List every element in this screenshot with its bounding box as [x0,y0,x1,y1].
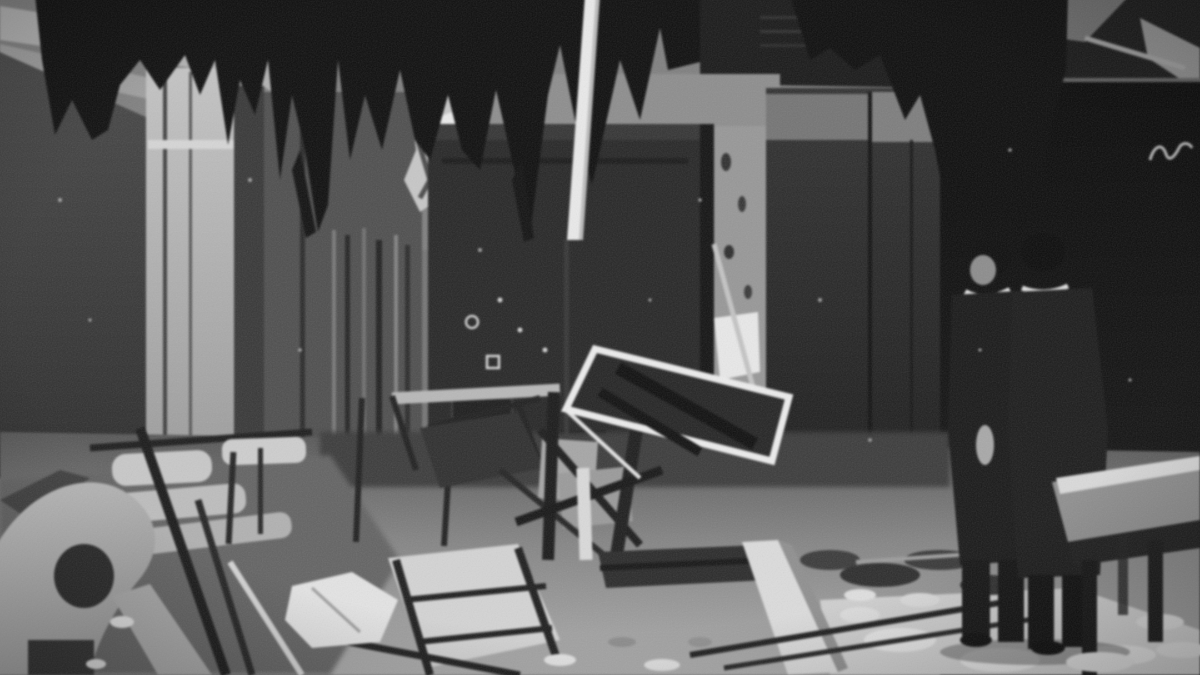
photo-canvas [0,0,1200,675]
vignette-overlay [0,0,1200,675]
photograph [0,0,1200,675]
